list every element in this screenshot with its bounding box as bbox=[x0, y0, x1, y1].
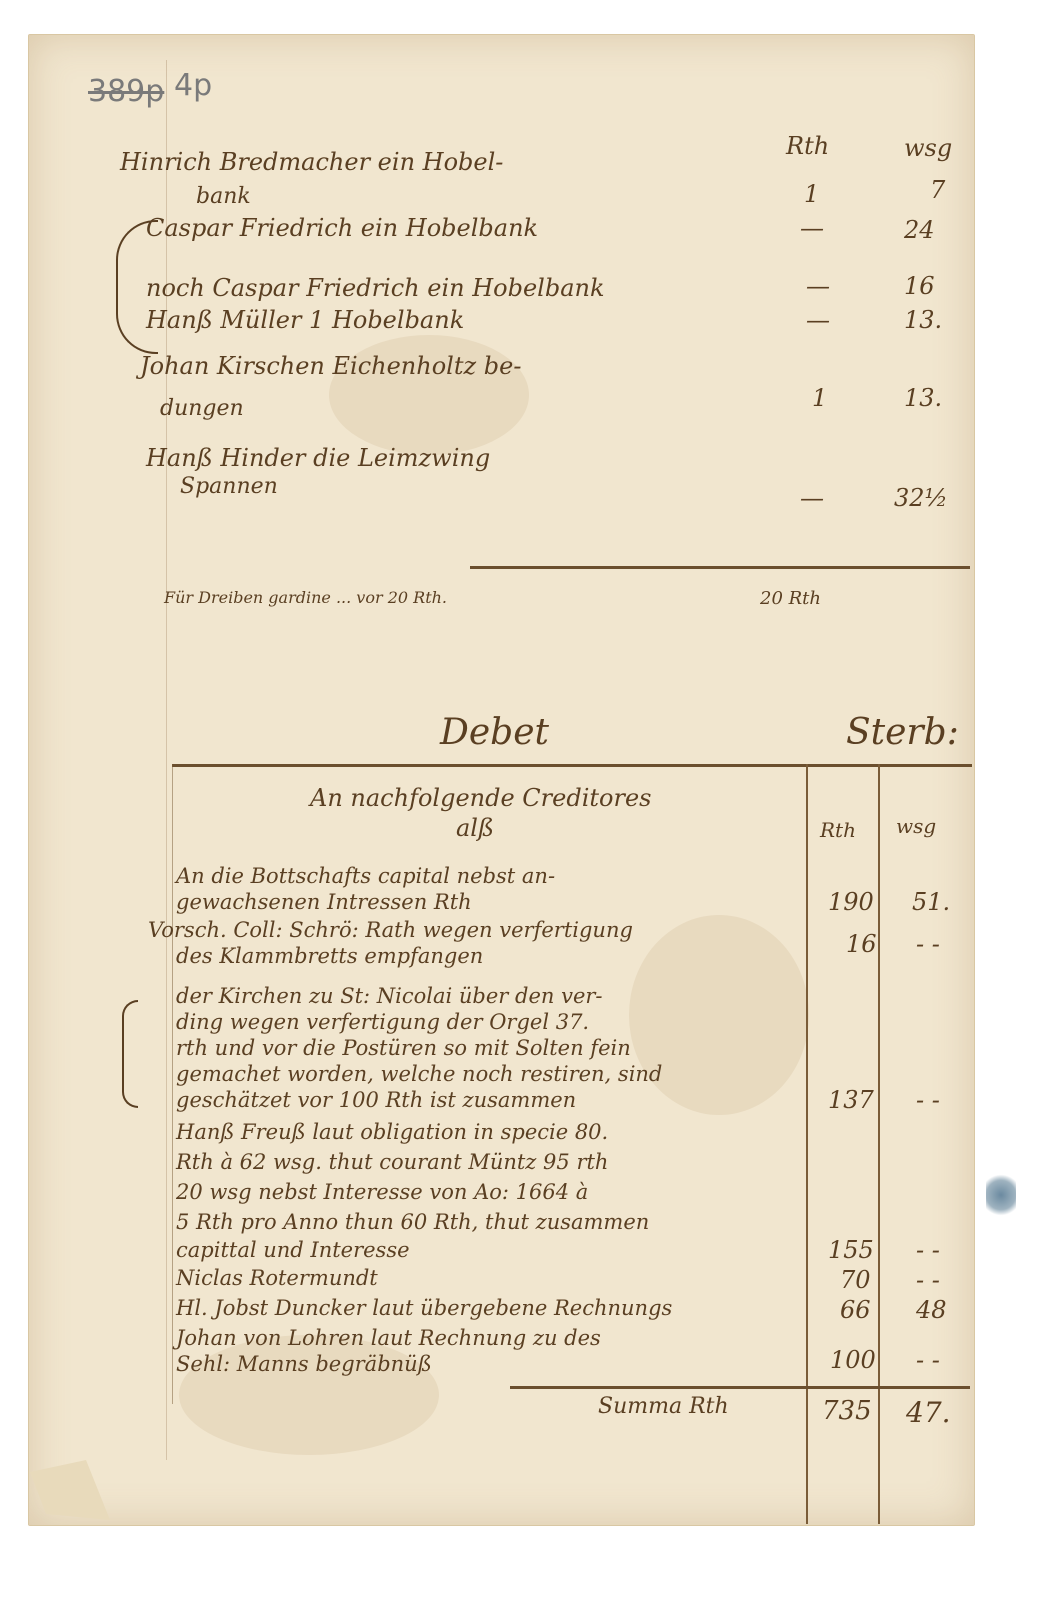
debit-entry-text: Johan von Lohren laut Rechnung zu des bbox=[176, 1326, 601, 1350]
top-header-wsg: wsg bbox=[904, 134, 952, 162]
entry-wsg: 16 bbox=[904, 272, 935, 300]
debit-header-wsg: wsg bbox=[896, 814, 936, 838]
debit-entry-text: Sehl: Manns begräbnüß bbox=[176, 1352, 432, 1376]
rth-column-rule bbox=[806, 764, 808, 1524]
entry-text: Hanß Hinder die Leimzwing bbox=[146, 444, 490, 472]
debit-entry-text: 20 wsg nebst Interesse von Ao: 1664 à bbox=[176, 1180, 588, 1204]
total-rth: 735 bbox=[822, 1396, 872, 1426]
top-section-rule bbox=[470, 566, 970, 569]
entry-text: Spannen bbox=[180, 474, 278, 499]
debit-entry-text: geschätzet vor 100 Rth ist zusammen bbox=[176, 1088, 576, 1112]
debit-entry-wsg: 51. bbox=[912, 888, 950, 916]
debit-entry-rth: 70 bbox=[840, 1266, 871, 1294]
debit-entry-text: gewachsenen Intressen Rth bbox=[176, 890, 472, 914]
debit-entry-text: Vorsch. Coll: Schrö: Rath wegen verferti… bbox=[148, 918, 633, 942]
entry-text: dungen bbox=[160, 396, 244, 421]
debit-entry-text: Hl. Jobst Duncker laut übergebene Rechnu… bbox=[176, 1296, 672, 1320]
entry-wsg: 7 bbox=[930, 176, 945, 204]
entry-rth: — bbox=[806, 306, 830, 334]
margin-line bbox=[166, 60, 167, 1460]
debit-entry-wsg: - - bbox=[916, 1236, 940, 1264]
total-label: Summa Rth bbox=[598, 1394, 729, 1419]
sterb-heading: Sterb: bbox=[846, 712, 959, 753]
struck-archive-number: 389p bbox=[88, 74, 164, 109]
entry-rth: 1 bbox=[804, 180, 819, 208]
debit-entry-text: Niclas Rotermundt bbox=[176, 1266, 378, 1290]
debit-entry-text: ding wegen verfertigung der Orgel 37. bbox=[176, 1010, 589, 1034]
debit-entry-text: 5 Rth pro Anno thun 60 Rth, thut zusamme… bbox=[176, 1210, 649, 1234]
entry-rth: — bbox=[800, 214, 824, 242]
debit-entry-rth: 66 bbox=[840, 1296, 871, 1324]
entry-rth: 1 bbox=[812, 384, 827, 412]
debit-entry-wsg: 48 bbox=[916, 1296, 947, 1324]
debit-heading: Debet bbox=[440, 712, 549, 753]
entry-rth: — bbox=[806, 272, 830, 300]
left-column-rule bbox=[172, 764, 173, 1404]
bracket-mark bbox=[122, 1000, 138, 1108]
debit-entry-wsg: - - bbox=[916, 930, 940, 958]
entry-wsg: 13. bbox=[904, 306, 942, 334]
entry-text: Hanß Müller 1 Hobelbank bbox=[146, 306, 464, 334]
bracket-mark bbox=[116, 220, 158, 354]
entry-text: Caspar Friedrich ein Hobelbank bbox=[146, 214, 538, 242]
entry-wsg: 13. bbox=[904, 384, 942, 412]
debit-entry-rth: 16 bbox=[846, 930, 877, 958]
entry-rth: — bbox=[800, 484, 824, 512]
total-wsg: 47. bbox=[906, 1396, 951, 1429]
debit-subheading: An nachfolgende Creditores bbox=[310, 784, 651, 812]
debit-subheading-2: alß bbox=[456, 814, 494, 842]
entry-wsg: 24 bbox=[904, 216, 935, 244]
debit-entry-rth: 190 bbox=[828, 888, 874, 916]
debit-header-rule bbox=[172, 764, 972, 767]
debit-entry-wsg: - - bbox=[916, 1086, 940, 1114]
debit-entry-rth: 100 bbox=[830, 1346, 876, 1374]
entry-text: Hinrich Bredmacher ein Hobel- bbox=[120, 148, 503, 176]
debit-entry-text: Rth à 62 wsg. thut courant Müntz 95 rth bbox=[176, 1150, 608, 1174]
debit-entry-rth: 137 bbox=[828, 1086, 874, 1114]
debit-entry-text: An die Bottschafts capital nebst an- bbox=[176, 864, 555, 888]
note-amount: 20 Rth bbox=[760, 588, 821, 609]
debit-entry-wsg: - - bbox=[916, 1266, 940, 1294]
note-line: Für Dreiben gardine ... vor 20 Rth. bbox=[164, 588, 447, 607]
debit-entry-text: gemachet worden, welche noch restiren, s… bbox=[176, 1062, 662, 1086]
entry-wsg: 32½ bbox=[894, 484, 948, 512]
debit-entry-rth: 155 bbox=[828, 1236, 874, 1264]
wsg-column-rule bbox=[878, 764, 880, 1524]
entry-text: Johan Kirschen Eichenholtz be- bbox=[140, 352, 521, 380]
binding-thread bbox=[986, 1170, 1016, 1220]
debit-entry-text: rth und vor die Postüren so mit Solten f… bbox=[176, 1036, 631, 1060]
debit-entry-wsg: - - bbox=[916, 1346, 940, 1374]
top-header-rth: Rth bbox=[786, 132, 829, 160]
debit-entry-text: Hanß Freuß laut obligation in specie 80. bbox=[176, 1120, 608, 1144]
total-rule bbox=[510, 1386, 970, 1389]
debit-header-rth: Rth bbox=[820, 818, 856, 842]
debit-entry-text: der Kirchen zu St: Nicolai über den ver- bbox=[176, 984, 603, 1008]
entry-text: bank bbox=[196, 184, 251, 209]
debit-entry-text: capittal und Interesse bbox=[176, 1238, 410, 1262]
debit-entry-text: des Klammbretts empfangen bbox=[176, 944, 483, 968]
folio-number: 4p bbox=[174, 68, 212, 103]
entry-text: noch Caspar Friedrich ein Hobelbank bbox=[146, 274, 605, 302]
